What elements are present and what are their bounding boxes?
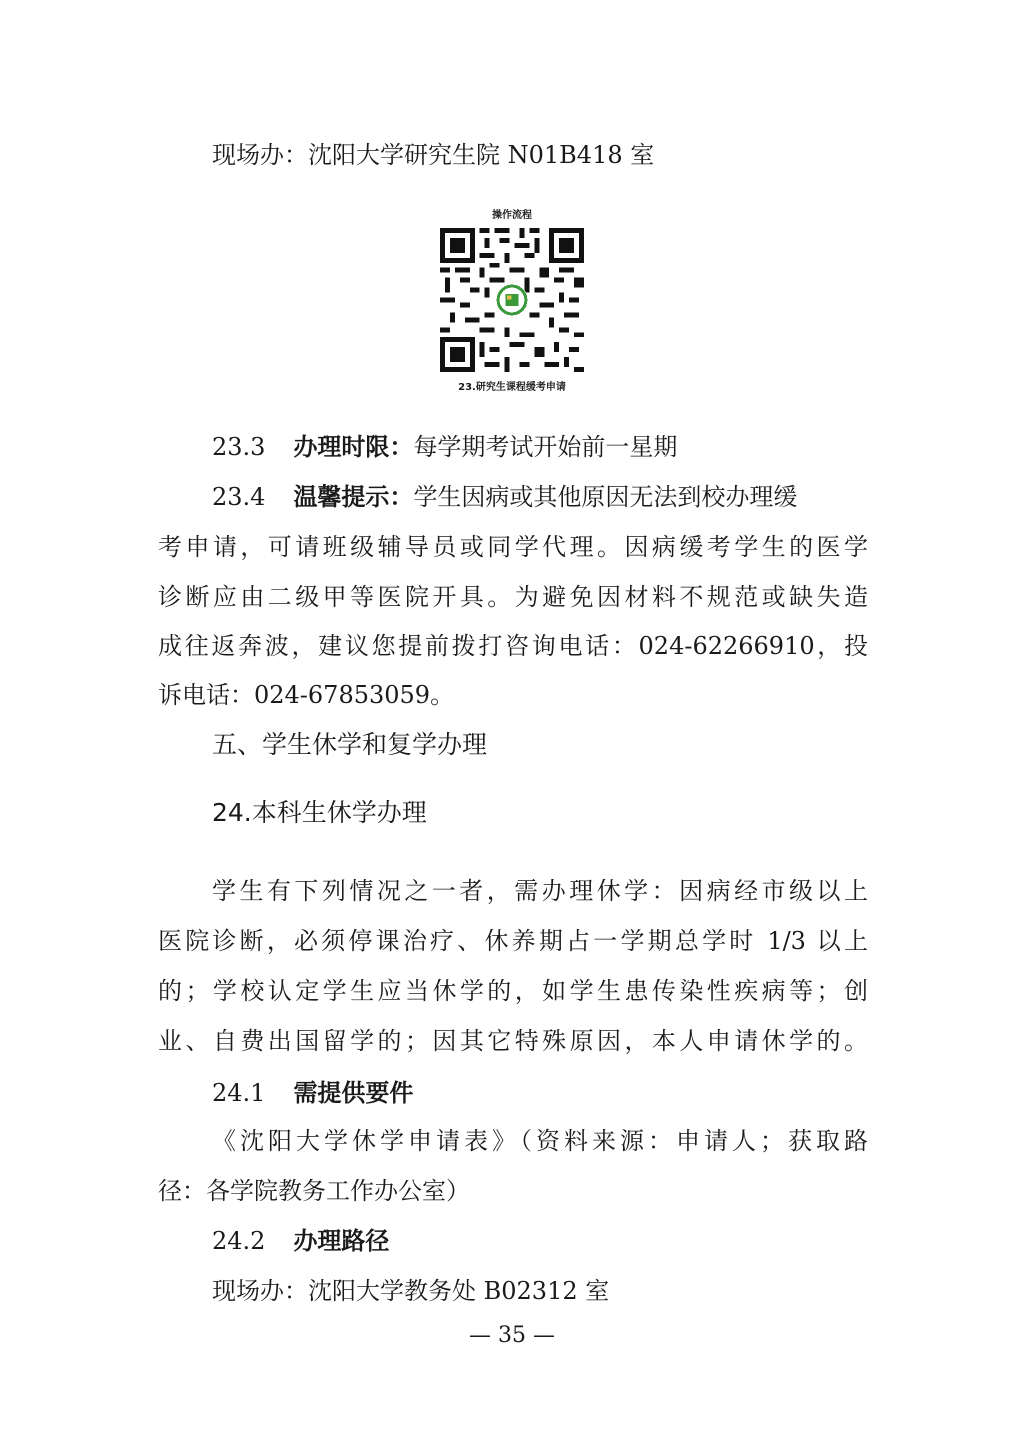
item-number: 23.4	[212, 483, 265, 511]
paragraph-line: 《沈阳大学休学申请表》（资料来源：申请人；获取路	[212, 1126, 868, 1156]
item-number: 23.3	[212, 433, 265, 461]
paragraph-line: 诉电话：024-67853059。	[158, 680, 454, 710]
qr-caption: 23.研究生课程缓考申请	[438, 378, 586, 393]
paragraph-line: 考申请，可请班级辅导员或同学代理。因病缓考学生的医学	[158, 532, 868, 562]
item-23-4-heading: 23.4温馨提示：学生因病或其他原因无法到校办理缓	[212, 482, 797, 512]
section-heading: 五、学生休学和复学办理	[212, 730, 487, 760]
item-label: 办理时限：	[293, 432, 413, 461]
item-text: 学生因病或其他原因无法到校办理缓	[413, 483, 797, 511]
qr-title: 操作流程	[438, 208, 586, 224]
item-label: 需提供要件	[293, 1078, 413, 1107]
item-label: 温馨提示：	[293, 482, 413, 511]
item-24-heading: 24.本科生休学办理	[212, 798, 427, 828]
paragraph-line: 业、自费出国留学的；因其它特殊原因，本人申请休学的。	[158, 1026, 868, 1056]
paragraph-line: 医院诊断，必须停课治疗、休养期占一学期总学时 1/3 以上	[158, 926, 868, 956]
qr-code-block: 操作流程	[438, 208, 586, 393]
paragraph-line: 学生有下列情况之一者，需办理休学：因病经市级以上	[212, 876, 868, 906]
paragraph-line: 径：各学院教务工作办公室）	[158, 1176, 470, 1206]
item-24-1: 24.1需提供要件	[212, 1078, 413, 1108]
item-23-3: 23.3办理时限：每学期考试开始前一星期	[212, 432, 677, 462]
qr-code-image[interactable]	[440, 228, 584, 372]
item-label: 办理路径	[293, 1226, 389, 1255]
paragraph-line: 诊断应由二级甲等医院开具。为避免因材料不规范或缺失造	[158, 582, 868, 612]
item-number: 24.1	[212, 1079, 265, 1107]
paragraph-line: 的；学校认定学生应当休学的，如学生患传染性疾病等；创	[158, 976, 868, 1006]
paragraph-line: 成往返奔波，建议您提前拨打咨询电话：024-62266910，投	[158, 631, 868, 661]
item-24-2: 24.2办理路径	[212, 1226, 389, 1256]
item-number: 24.2	[212, 1227, 265, 1255]
page-number: — 35 —	[0, 1323, 1024, 1348]
office-location-academic: 现场办：沈阳大学教务处 B02312 室	[212, 1276, 609, 1306]
office-location-graduate: 现场办：沈阳大学研究生院 N01B418 室	[212, 140, 654, 170]
item-value: 每学期考试开始前一星期	[413, 433, 677, 461]
